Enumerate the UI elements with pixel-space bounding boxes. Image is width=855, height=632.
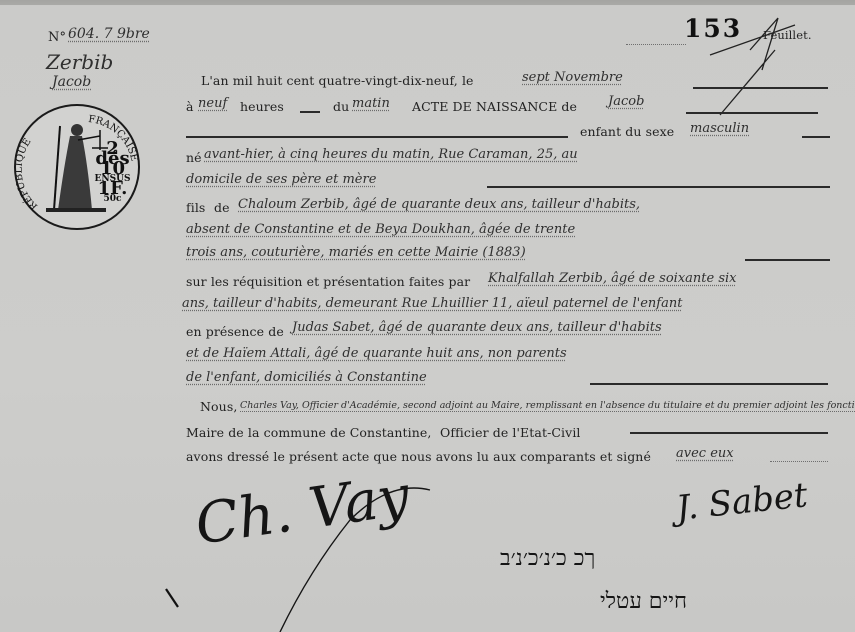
- rule: [770, 461, 828, 462]
- stamp-line-1: 2 dés 10: [87, 144, 138, 174]
- witness-signature-hebrew-2: חיים עטלי: [600, 588, 687, 614]
- born-label: né: [186, 150, 202, 165]
- mayor-commune: Maire de la commune de Constantine,: [186, 425, 432, 440]
- at-label: à: [186, 99, 194, 114]
- nous-label: Nous,: [200, 399, 237, 414]
- declarant-occupation: ans, tailleur d'habits, demeurant Rue Lh…: [182, 296, 682, 311]
- mother-details: absent de Constantine et de Beya Doukhan…: [186, 222, 575, 237]
- birth-details: avant-hier, à cinq heures du matin, Rue …: [204, 147, 578, 162]
- witness-residence: de l'enfant, domiciliés à Constantine: [186, 370, 427, 385]
- stamp-line-3: 1F.: [87, 184, 138, 194]
- witness-1: Judas Sabet, âgé de quarante deux ans, t…: [292, 320, 662, 335]
- scan-edge-shadow: [0, 0, 855, 5]
- witness-2: et de Haïem Attali, âgé de quarante huit…: [186, 346, 567, 361]
- rule: [487, 186, 830, 188]
- child-sex: masculin: [690, 121, 749, 136]
- closing-statement: avons dressé le présent acte que nous av…: [186, 449, 651, 464]
- son-label: fils: [186, 200, 205, 215]
- officer-details: Charles Vay, Officier d'Académie, second…: [240, 400, 855, 411]
- birth-record-hour: neuf: [198, 96, 227, 111]
- tax-stamp: RÉPUBLIQUE FRANÇAISE 2 dés 10 ENSUS 1F. …: [14, 104, 140, 230]
- rule: [686, 112, 818, 114]
- signed-with: avec eux: [676, 446, 734, 461]
- rule: [630, 432, 828, 434]
- of-label: de: [214, 200, 230, 215]
- stamp-line-4: 50c: [87, 194, 138, 204]
- rule: [300, 111, 320, 113]
- rule: [186, 136, 568, 138]
- declarant-details: Khalfallah Zerbib, âgé de soixante six: [488, 271, 737, 286]
- stamp-price: 2 dés 10 ENSUS 1F. 50c: [87, 144, 138, 204]
- witness-label: en présence de: [186, 324, 284, 339]
- rule: [693, 87, 828, 89]
- folio-strike-mark: [700, 10, 810, 120]
- hours-label: heures: [240, 99, 284, 114]
- record-number-value: 604. 7 9bre: [68, 26, 150, 42]
- stamp-text-left: RÉPUBLIQUE: [16, 137, 40, 212]
- ink-speck: [160, 585, 190, 615]
- father-details: Chaloum Zerbib, âgé de quarante deux ans…: [238, 197, 640, 212]
- witness-signature-hebrew-1: ךכ כ׳נ׳כ׳נ׳ב: [500, 545, 595, 571]
- act-title: ACTE DE NAISSANCE de: [412, 99, 577, 114]
- margin-surname: Zerbib: [46, 50, 113, 74]
- parents-marriage: trois ans, couturière, mariés en cette M…: [186, 245, 526, 260]
- margin-given-name: Jacob: [52, 74, 91, 90]
- act-intro-text: L'an mil huit cent quatre-vingt-dix-neuf…: [201, 73, 474, 88]
- folio-rule: [626, 44, 686, 45]
- civil-record-page: N° 604. 7 9bre Zerbib Jacob 153 Feuillet…: [0, 0, 855, 632]
- witness-signature-latin: J. Sabet: [674, 475, 809, 529]
- birth-place: domicile de ses père et mère: [186, 172, 376, 187]
- signature-flourish: [190, 480, 450, 632]
- declarant-label: sur les réquisition et présentation fait…: [186, 274, 470, 289]
- civil-officer-label: Officier de l'Etat-Civil: [440, 425, 581, 440]
- record-number-label: N°: [48, 30, 66, 45]
- rule: [745, 259, 830, 261]
- svg-text:RÉPUBLIQUE: RÉPUBLIQUE: [16, 137, 40, 212]
- sex-label: enfant du sexe: [580, 124, 674, 139]
- time-of-day: matin: [352, 96, 390, 111]
- du-label: du: [333, 99, 349, 114]
- rule: [802, 136, 830, 138]
- rule: [590, 383, 828, 385]
- act-date: sept Novembre: [522, 70, 623, 85]
- child-given-name: Jacob: [608, 94, 644, 109]
